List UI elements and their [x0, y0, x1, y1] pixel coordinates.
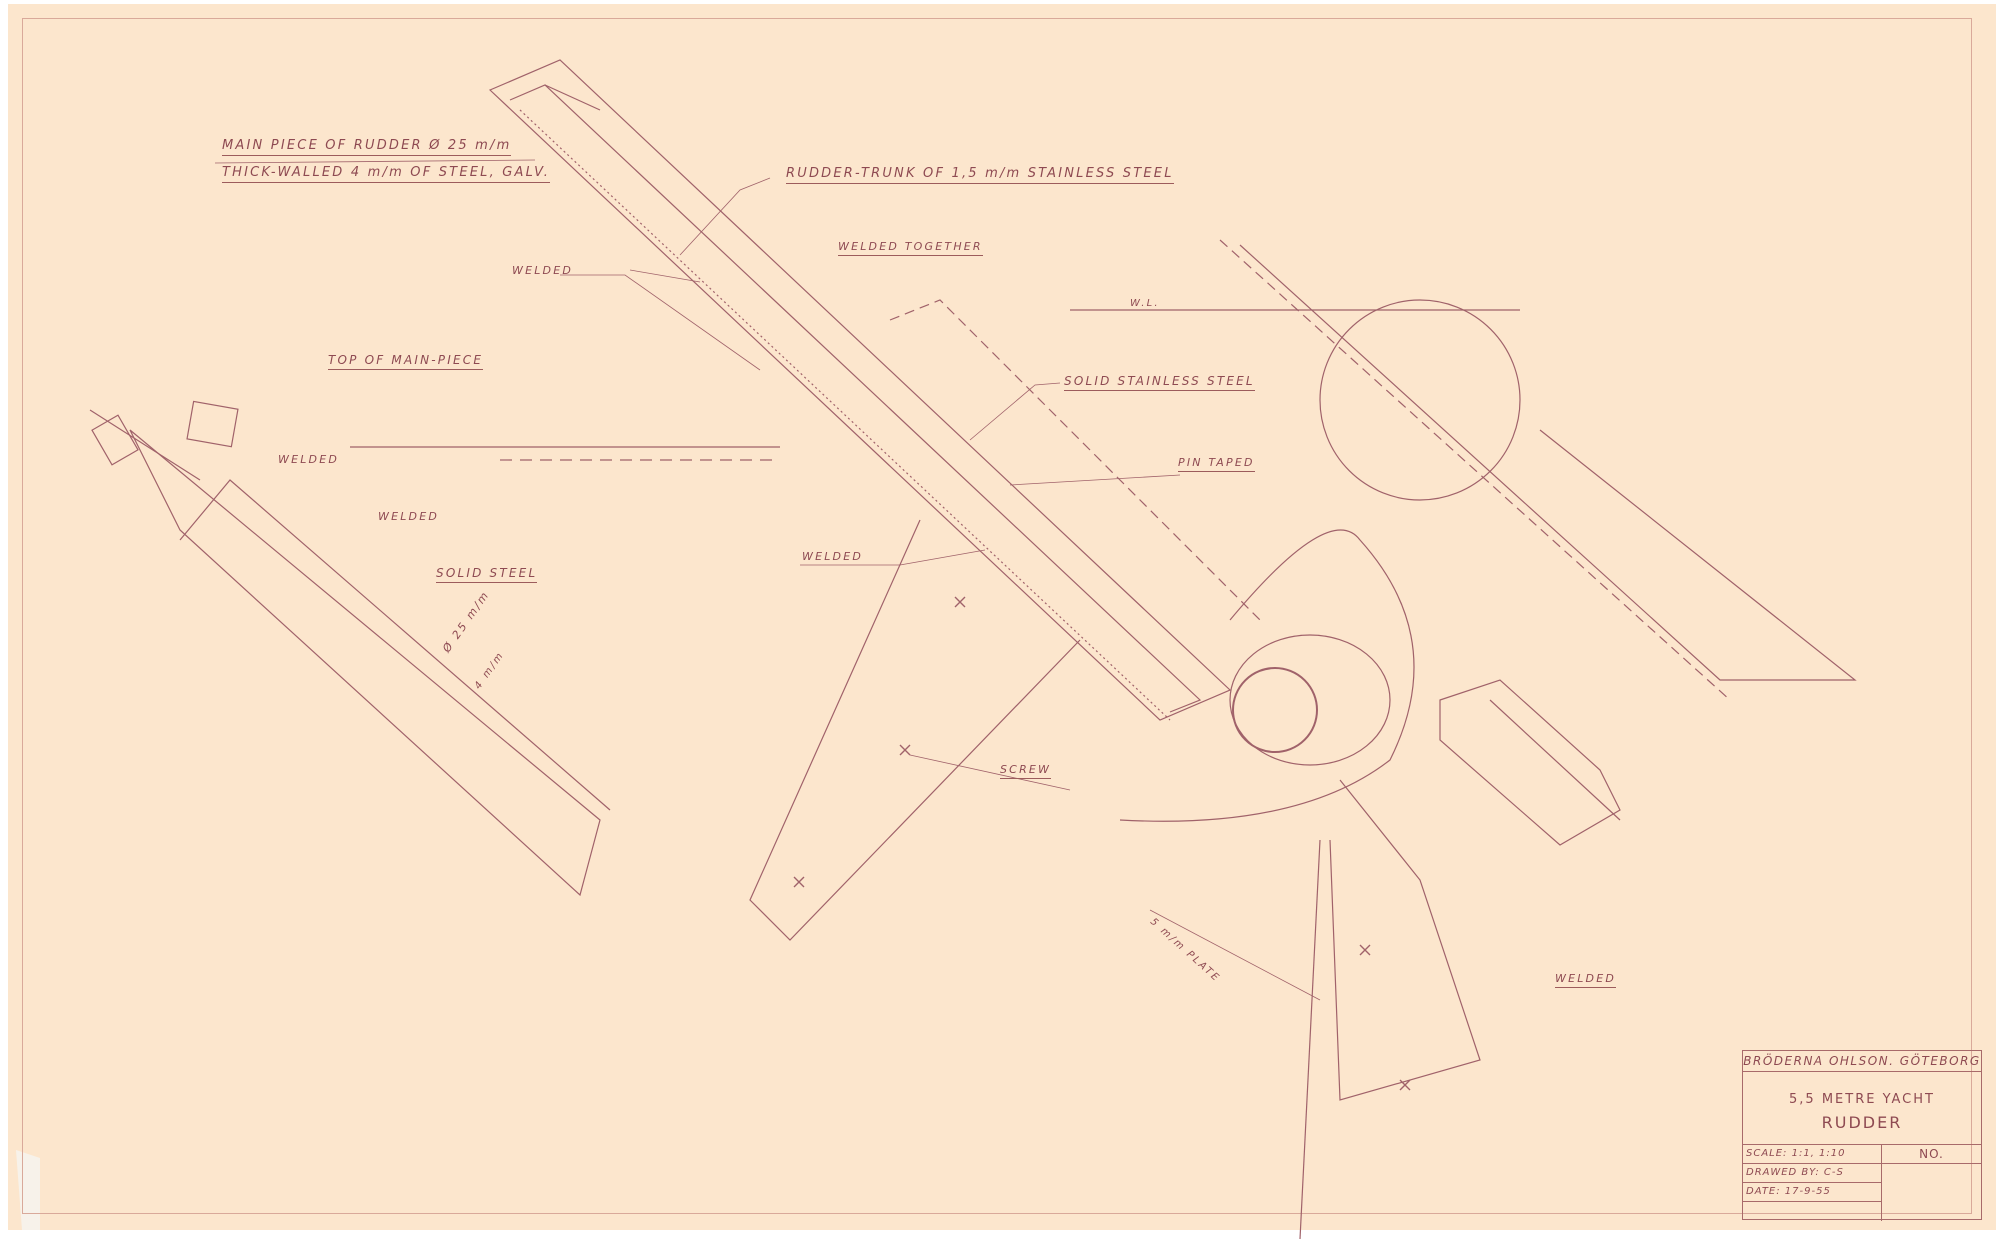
- rudder-drawing: [0, 0, 2000, 1239]
- rudder-trunk-label: RUDDER-TRUNK OF 1,5 m/m STAINLESS STEEL: [786, 166, 1174, 184]
- welded-label-left2: WELDED: [378, 510, 439, 523]
- title-block: BRÖDERNA OHLSON. GÖTEBORG 5,5 METRE YACH…: [1742, 1050, 1982, 1220]
- pin-taped-label: PIN TAPED: [1178, 456, 1255, 472]
- company-name: BRÖDERNA OHLSON. GÖTEBORG: [1743, 1051, 1981, 1072]
- welded-label-mid: WELDED: [802, 550, 863, 563]
- waterline-label: W.L.: [1130, 298, 1160, 309]
- scale-field: SCALE: 1:1, 1:10: [1743, 1145, 1881, 1164]
- solid-stainless-label: SOLID STAINLESS STEEL: [1064, 374, 1255, 391]
- main-piece-label: MAIN PIECE OF RUDDER Ø 25 m/m: [222, 138, 511, 156]
- drawing-title: RUDDER: [1743, 1107, 1981, 1132]
- date-field: DATE: 17-9-55: [1743, 1183, 1881, 1202]
- welded-label-upper: WELDED: [512, 264, 573, 277]
- screw-label: SCREW: [1000, 763, 1051, 779]
- drawn-by-field: DRAWED BY: C-S: [1743, 1164, 1881, 1183]
- solid-steel-label: SOLID STEEL: [436, 566, 537, 583]
- thick-walled-label: THICK-WALLED 4 m/m OF STEEL, GALV.: [222, 165, 550, 183]
- main-piece-detail: [90, 401, 610, 895]
- welded-label-lower: WELDED: [1555, 972, 1616, 988]
- welded-together-label: WELDED TOGETHER: [838, 240, 983, 256]
- top-of-main-piece-label: TOP OF MAIN-PIECE: [328, 353, 483, 370]
- welded-label-left1: WELDED: [278, 453, 339, 466]
- project-name: 5,5 METRE YACHT: [1743, 1072, 1981, 1107]
- drawing-number-label: NO.: [1882, 1145, 1981, 1164]
